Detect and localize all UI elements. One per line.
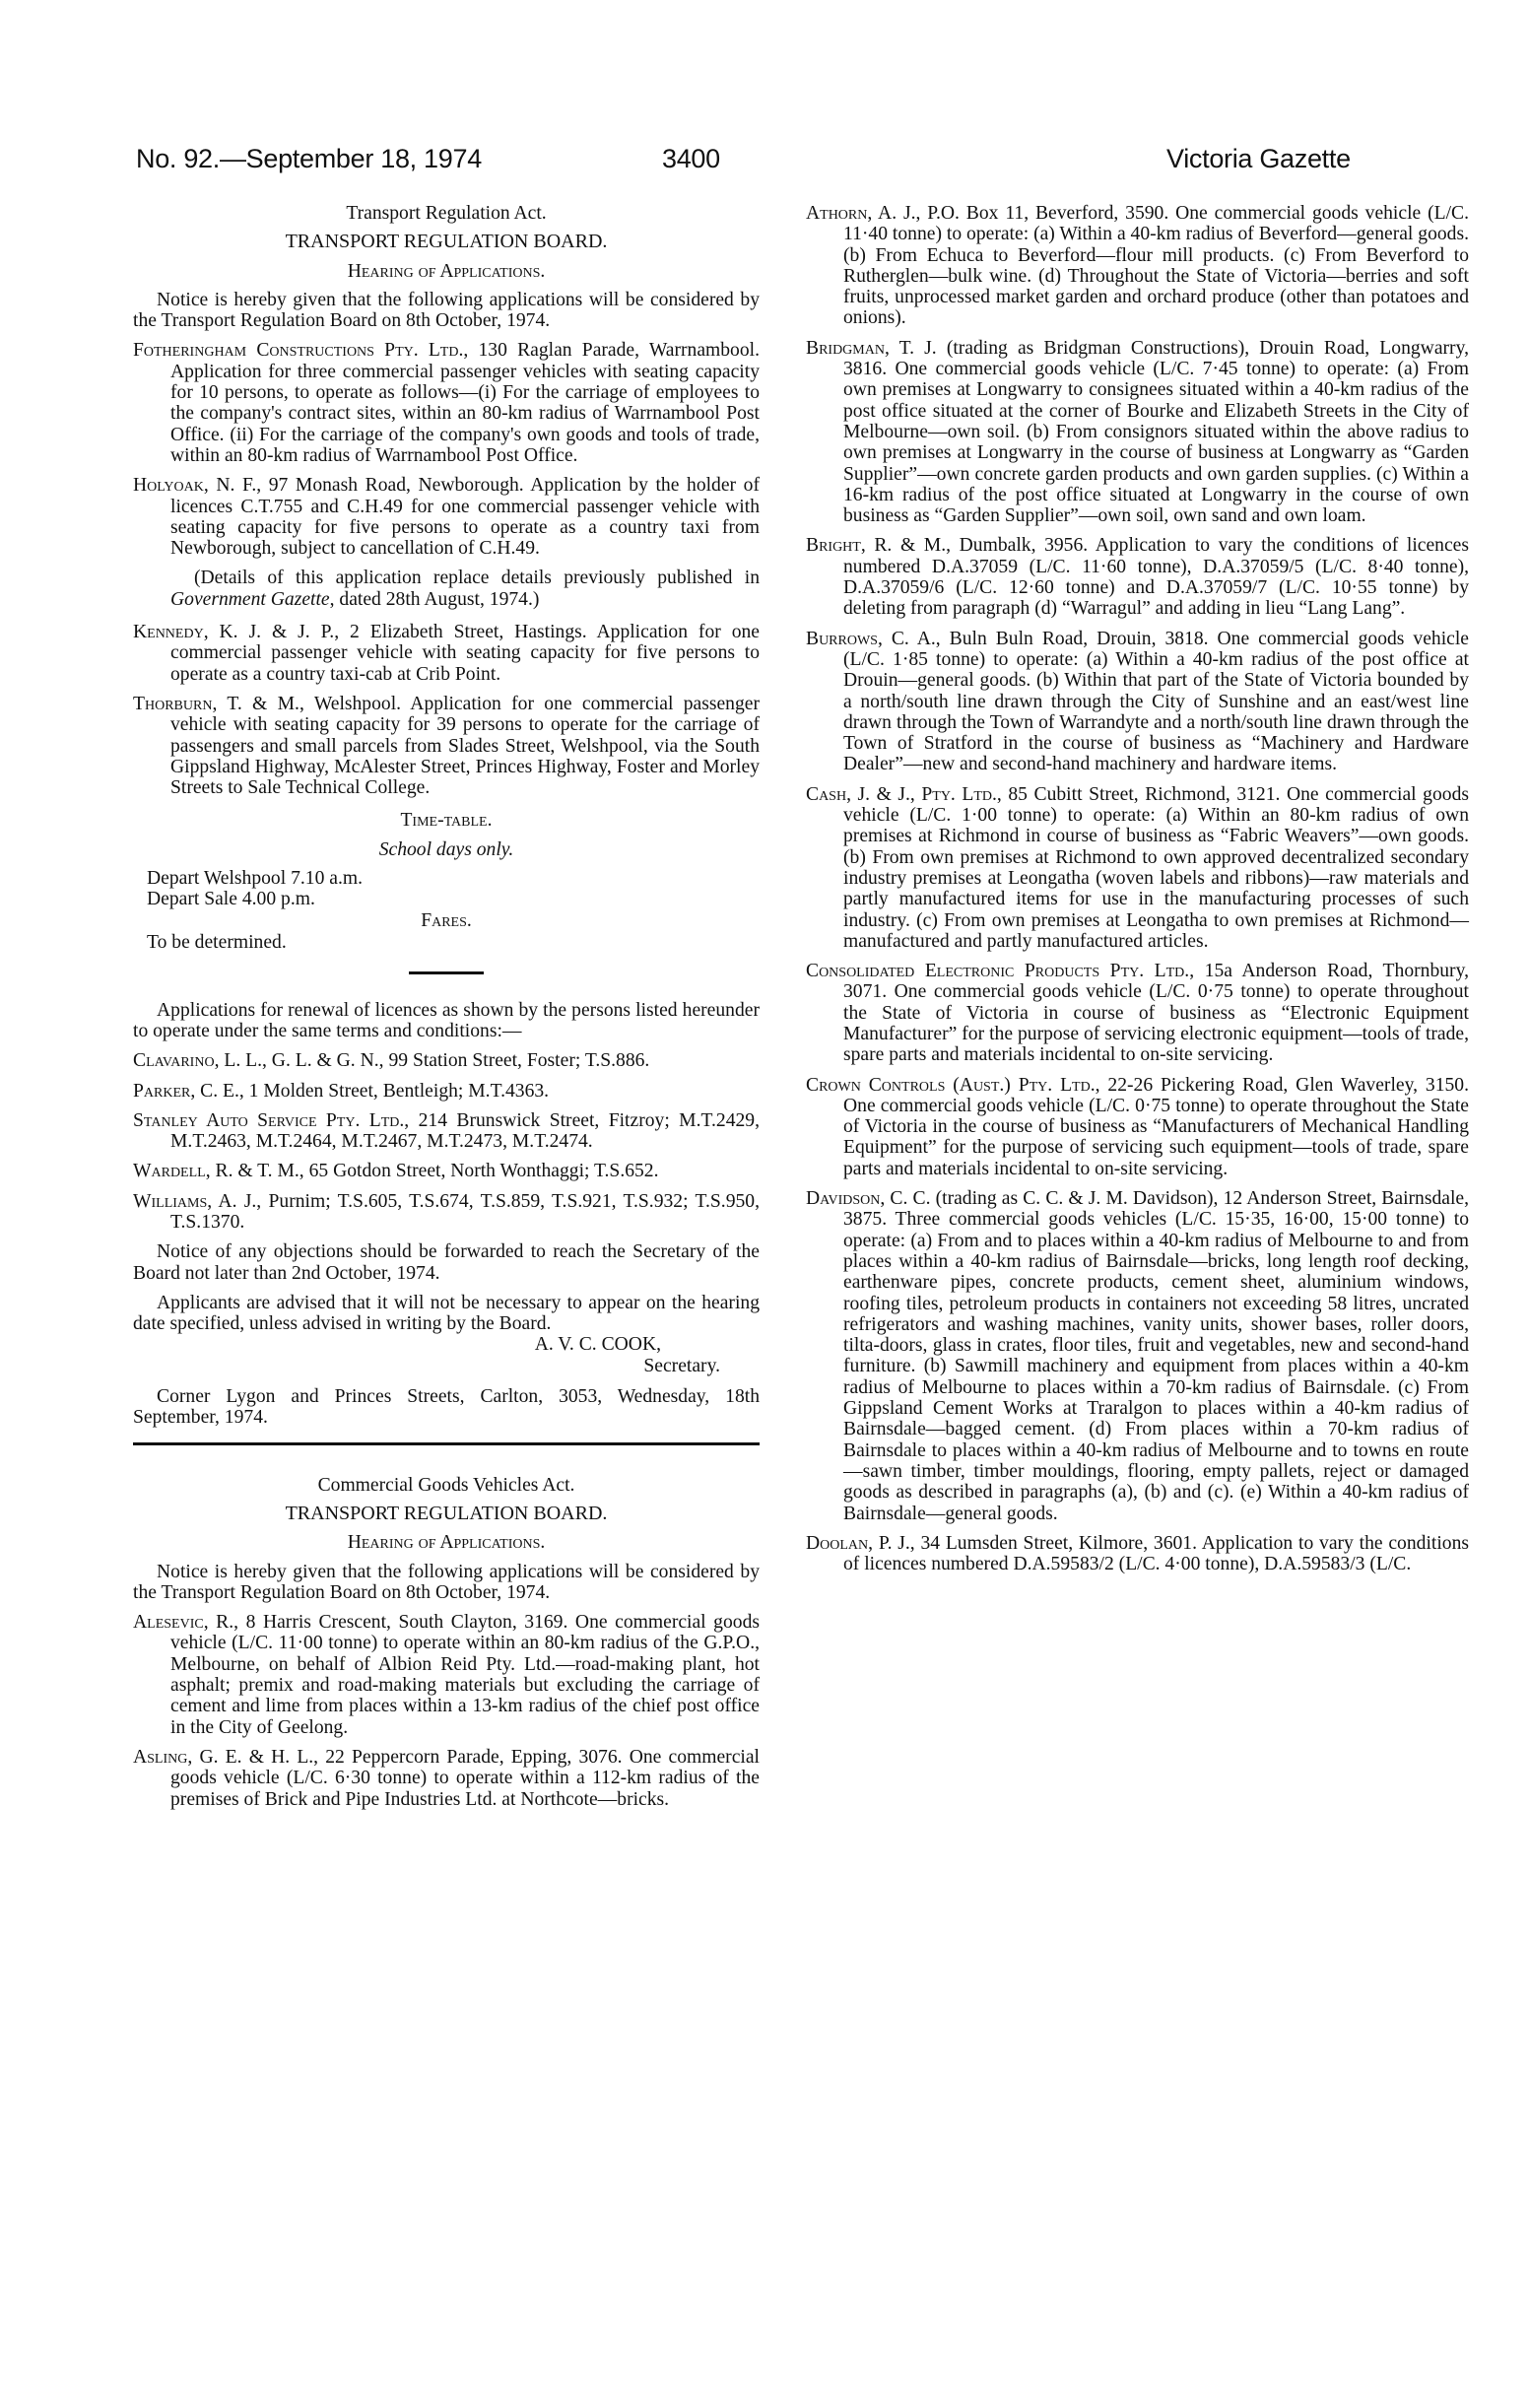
applicant-entry: Bright, R. & M., Dumbalk, 3956. Applicat… <box>806 535 1469 619</box>
applicant-name: Stanley Auto Service Pty. Ltd. <box>133 1110 404 1131</box>
applicant-name: Thorburn <box>133 694 212 714</box>
applicant-name: Clavarino <box>133 1050 215 1071</box>
applicant-entry: Kennedy, K. J. & J. P., 2 Elizabeth Stre… <box>133 622 760 685</box>
applicant-name: Kennedy <box>133 622 204 642</box>
applicant-name: Davidson <box>806 1188 880 1209</box>
renewal-entry: Williams, A. J., Purnim; T.S.605, T.S.67… <box>133 1191 760 1234</box>
renewal-entry: Parker, C. E., 1 Molden Street, Bentleig… <box>133 1081 760 1102</box>
section-divider <box>409 971 484 974</box>
applicant-entry: Athorn, A. J., P.O. Box 11, Beverford, 3… <box>806 203 1469 329</box>
applicant-entry: Crown Controls (Aust.) Pty. Ltd., 22-26 … <box>806 1075 1469 1179</box>
signatory-name: A. V. C. COOK, <box>133 1334 760 1355</box>
notice2-act: Commercial Goods Vehicles Act. <box>133 1475 760 1496</box>
applicant-entry: Doolan, P. J., 34 Lumsden Street, Kilmor… <box>806 1533 1469 1575</box>
renewal-entry: Stanley Auto Service Pty. Ltd., 214 Brun… <box>133 1110 760 1153</box>
renewal-entry: Wardell, R. & T. M., 65 Gotdon Street, N… <box>133 1161 760 1181</box>
applicant-name: Crown Controls (Aust.) Pty. Ltd. <box>806 1075 1096 1096</box>
objections-notice: Notice of any objections should be forwa… <box>133 1241 760 1284</box>
applicant-entry: Alesevic, R., 8 Harris Crescent, South C… <box>133 1612 760 1738</box>
applicant-entry: Holyoak, N. F., 97 Monash Road, Newborou… <box>133 475 760 559</box>
applicant-name: Cash, J. & J., Pty. Ltd. <box>806 784 997 805</box>
applicant-name: Fotheringham Constructions Pty. Ltd. <box>133 340 463 361</box>
applicant-entry: Burrows, C. A., Buln Buln Road, Drouin, … <box>806 629 1469 775</box>
applicant-name: Doolan <box>806 1533 868 1554</box>
applicant-name: Alesevic <box>133 1612 204 1633</box>
signatory-title: Secretary. <box>133 1356 760 1376</box>
applicant-entry: Davidson, C. C. (trading as C. C. & J. M… <box>806 1188 1469 1524</box>
applicant-name: Consolidated Electronic Products Pty. Lt… <box>806 961 1189 981</box>
timetable-heading: Time-table. <box>133 810 760 831</box>
fares-value: To be determined. <box>147 932 287 953</box>
applicant-entry: Thorburn, T. & M., Welshpool. Applicatio… <box>133 694 760 798</box>
applicant-name: Burrows <box>806 629 878 649</box>
timetable-subheading: School days only. <box>133 839 760 860</box>
timetable-row: Depart Sale 4.00 p.m. <box>133 889 760 909</box>
holyoak-note: (Details of this application replace det… <box>133 568 760 610</box>
gazette-page: No. 92.—September 18, 1974 3400 Victoria… <box>0 0 1529 2408</box>
publication-title: Victoria Gazette <box>1166 144 1351 174</box>
applicant-name: Asling <box>133 1747 187 1768</box>
applicant-entry: Consolidated Electronic Products Pty. Lt… <box>806 961 1469 1065</box>
issue-date: No. 92.—September 18, 1974 <box>136 144 482 174</box>
applicant-entry: Fotheringham Constructions Pty. Ltd., 13… <box>133 340 760 466</box>
notice1-intro: Notice is hereby given that the followin… <box>133 290 760 332</box>
applicant-name: Wardell <box>133 1161 206 1181</box>
notice-divider <box>133 1442 760 1445</box>
notice1-heading: Hearing of Applications. <box>133 261 760 282</box>
left-column: Transport Regulation Act. TRANSPORT REGU… <box>133 203 760 1819</box>
right-column: Athorn, A. J., P.O. Box 11, Beverford, 3… <box>806 203 1469 1583</box>
page-number: 3400 <box>662 144 720 174</box>
applicant-entry: Cash, J. & J., Pty. Ltd., 85 Cubitt Stre… <box>806 784 1469 952</box>
timetable-row: Depart Welshpool 7.10 a.m. <box>133 868 760 889</box>
notice2-intro: Notice is hereby given that the followin… <box>133 1562 760 1604</box>
notice2-heading: Hearing of Applications. <box>133 1532 760 1553</box>
applicant-name: Athorn <box>806 203 867 224</box>
notice1-act: Transport Regulation Act. <box>133 203 760 224</box>
hearing-advice: Applicants are advised that it will not … <box>133 1293 760 1335</box>
applicant-name: Williams <box>133 1191 207 1212</box>
fares-heading: Fares. <box>133 910 760 931</box>
applicant-name: Holyoak <box>133 475 204 496</box>
applicant-name: Parker <box>133 1081 190 1102</box>
applicant-name: Bright <box>806 535 861 556</box>
notice2-board: TRANSPORT REGULATION BOARD. <box>133 1504 760 1524</box>
renewal-entry: Clavarino, L. L., G. L. & G. N., 99 Stat… <box>133 1050 760 1071</box>
applicant-name: Bridgman <box>806 338 885 359</box>
applicant-entry: Bridgman, T. J. (trading as Bridgman Con… <box>806 338 1469 527</box>
fares: Fares. To be determined. <box>133 924 760 946</box>
address-date: Corner Lygon and Princes Streets, Carlto… <box>133 1386 760 1429</box>
applicant-entry: Asling, G. E. & H. L., 22 Peppercorn Par… <box>133 1747 760 1810</box>
notice1-board: TRANSPORT REGULATION BOARD. <box>133 232 760 252</box>
renewals-intro: Applications for renewal of licences as … <box>133 1000 760 1042</box>
